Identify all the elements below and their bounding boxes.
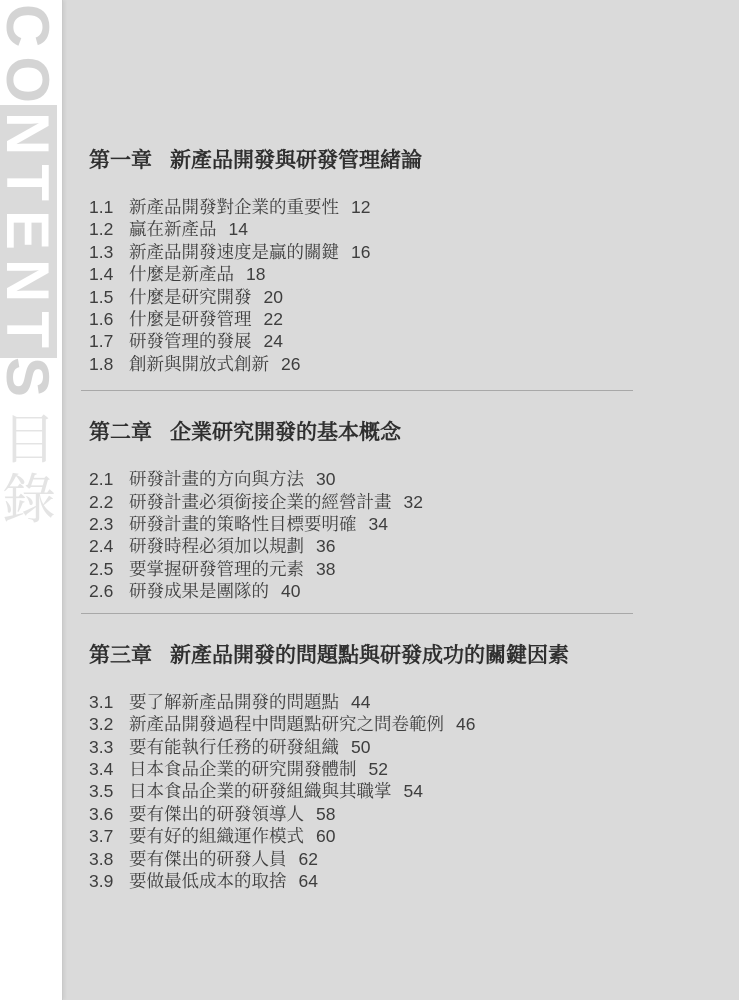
item-page: 64 — [299, 870, 318, 892]
item-title: 創新與開放式創新 — [129, 353, 269, 375]
item-number: 3.3 — [89, 736, 129, 758]
item-title: 研發計畫必須銜接企業的經營計畫 — [129, 491, 392, 513]
toc-item: 2.5要掌握研發管理的元素38 — [89, 558, 739, 580]
item-page: 26 — [281, 353, 300, 375]
item-number: 1.8 — [89, 353, 129, 375]
toc-item: 2.6研發成果是團隊的40 — [89, 580, 739, 602]
item-page: 62 — [299, 848, 318, 870]
item-title: 要做最低成本的取捨 — [129, 870, 287, 892]
item-title: 要有好的組織運作模式 — [129, 825, 304, 847]
item-title: 日本食品企業的研發組織與其職掌 — [129, 780, 392, 802]
item-page: 12 — [351, 196, 370, 218]
toc-content: 第一章 新產品開發與研發管理緒論 1.1新產品開發對企業的重要性12 1.2贏在… — [63, 0, 739, 1000]
item-page: 14 — [229, 218, 248, 240]
toc-item: 2.2研發計畫必須銜接企業的經營計畫32 — [89, 491, 739, 513]
contents-word: CONTENTS — [0, 4, 55, 105]
item-number: 3.4 — [89, 758, 129, 780]
item-page: 22 — [264, 308, 283, 330]
item-title: 贏在新產品 — [129, 218, 217, 240]
item-number: 3.5 — [89, 780, 129, 802]
item-number: 1.4 — [89, 263, 129, 285]
section-divider — [81, 390, 633, 391]
item-title: 新產品開發過程中問題點研究之問卷範例 — [129, 713, 444, 735]
item-page: 38 — [316, 558, 335, 580]
toc-item: 2.3研發計畫的策略性目標要明確34 — [89, 513, 739, 535]
item-page: 34 — [369, 513, 388, 535]
item-number: 2.5 — [89, 558, 129, 580]
item-page: 18 — [246, 263, 265, 285]
chapter-title: 新產品開發與研發管理緒論 — [170, 146, 422, 176]
mulu-title: 目 錄 — [0, 410, 58, 530]
toc-item: 2.4研發時程必須加以規劃36 — [89, 535, 739, 557]
chapter-heading-2: 第二章 企業研究開發的基本概念 — [89, 418, 739, 448]
item-page: 24 — [264, 330, 283, 352]
chapter-number: 第一章 — [89, 146, 152, 176]
toc-item: 3.9要做最低成本的取捨64 — [89, 870, 739, 892]
sidebar: CONTENTS CONTENTS CONTENTS 目 錄 — [0, 0, 63, 1000]
item-page: 60 — [316, 825, 335, 847]
item-title: 什麼是研發管理 — [129, 308, 252, 330]
chapter-3-items: 3.1要了解新產品開發的問題點44 3.2新產品開發過程中問題點研究之問卷範例4… — [89, 691, 739, 893]
toc-item: 1.7研發管理的發展24 — [89, 330, 739, 352]
contents-word: CONTENTS — [0, 105, 55, 358]
toc-item: 3.1要了解新產品開發的問題點44 — [89, 691, 739, 713]
item-number: 3.8 — [89, 848, 129, 870]
toc-item: 2.1研發計畫的方向與方法30 — [89, 468, 739, 490]
item-number: 3.1 — [89, 691, 129, 713]
item-title: 研發計畫的方向與方法 — [129, 468, 304, 490]
section-divider — [81, 613, 633, 614]
toc-item: 3.5日本食品企業的研發組織與其職掌54 — [89, 780, 739, 802]
toc-item: 3.7要有好的組織運作模式60 — [89, 825, 739, 847]
item-page: 46 — [456, 713, 475, 735]
item-number: 2.1 — [89, 468, 129, 490]
item-page: 20 — [264, 286, 283, 308]
item-number: 3.7 — [89, 825, 129, 847]
item-number: 1.7 — [89, 330, 129, 352]
item-title: 新產品開發對企業的重要性 — [129, 196, 339, 218]
item-title: 什麼是新產品 — [129, 263, 234, 285]
item-number: 2.3 — [89, 513, 129, 535]
item-page: 40 — [281, 580, 300, 602]
item-number: 1.6 — [89, 308, 129, 330]
item-number: 1.2 — [89, 218, 129, 240]
item-number: 2.6 — [89, 580, 129, 602]
toc-item: 1.4什麼是新產品18 — [89, 263, 739, 285]
item-page: 30 — [316, 468, 335, 490]
item-number: 1.1 — [89, 196, 129, 218]
item-page: 32 — [404, 491, 423, 513]
item-number: 1.5 — [89, 286, 129, 308]
item-title: 研發時程必須加以規劃 — [129, 535, 304, 557]
chapter-heading-3: 第三章 新產品開發的問題點與研發成功的關鍵因素 — [89, 641, 739, 671]
item-title: 要有能執行任務的研發組織 — [129, 736, 339, 758]
item-page: 54 — [404, 780, 423, 802]
item-title: 研發計畫的策略性目標要明確 — [129, 513, 357, 535]
item-title: 要有傑出的研發領導人 — [129, 803, 304, 825]
item-title: 要有傑出的研發人員 — [129, 848, 287, 870]
item-page: 16 — [351, 241, 370, 263]
item-number: 2.2 — [89, 491, 129, 513]
chapter-number: 第二章 — [89, 418, 152, 448]
item-title: 研發成果是團隊的 — [129, 580, 269, 602]
chapter-heading-1: 第一章 新產品開發與研發管理緒論 — [89, 146, 739, 176]
toc-item: 3.4日本食品企業的研究開發體制52 — [89, 758, 739, 780]
item-title: 日本食品企業的研究開發體制 — [129, 758, 357, 780]
item-title: 要掌握研發管理的元素 — [129, 558, 304, 580]
item-title: 新產品開發速度是贏的關鍵 — [129, 241, 339, 263]
toc-page: CONTENTS CONTENTS CONTENTS 目 錄 第一章 新產品開發… — [0, 0, 739, 1000]
chapter-1-items: 1.1新產品開發對企業的重要性12 1.2贏在新產品14 1.3新產品開發速度是… — [89, 196, 739, 375]
toc-item: 1.2贏在新產品14 — [89, 218, 739, 240]
toc-item: 1.8創新與開放式創新26 — [89, 353, 739, 375]
item-page: 50 — [351, 736, 370, 758]
mulu-char-lu: 錄 — [0, 470, 58, 530]
item-page: 44 — [351, 691, 370, 713]
item-number: 2.4 — [89, 535, 129, 557]
contents-word: CONTENTS — [0, 358, 55, 406]
mulu-char-mu: 目 — [0, 410, 58, 470]
contents-vertical-word-top: CONTENTS — [0, 0, 62, 105]
toc-item: 1.1新產品開發對企業的重要性12 — [89, 196, 739, 218]
item-title: 要了解新產品開發的問題點 — [129, 691, 339, 713]
toc-item: 1.6什麼是研發管理22 — [89, 308, 739, 330]
chapter-title: 新產品開發的問題點與研發成功的關鍵因素 — [170, 641, 569, 671]
toc-item: 1.3新產品開發速度是贏的關鍵16 — [89, 241, 739, 263]
toc-item: 3.3要有能執行任務的研發組織50 — [89, 736, 739, 758]
contents-vertical-word-middle: CONTENTS — [0, 105, 62, 358]
item-title: 研發管理的發展 — [129, 330, 252, 352]
item-number: 3.6 — [89, 803, 129, 825]
item-number: 3.9 — [89, 870, 129, 892]
item-number: 1.3 — [89, 241, 129, 263]
toc-item: 3.6要有傑出的研發領導人58 — [89, 803, 739, 825]
toc-item: 3.8要有傑出的研發人員62 — [89, 848, 739, 870]
toc-item: 1.5什麼是研究開發20 — [89, 286, 739, 308]
item-page: 52 — [369, 758, 388, 780]
chapter-title: 企業研究開發的基本概念 — [170, 418, 401, 448]
item-page: 58 — [316, 803, 335, 825]
item-title: 什麼是研究開發 — [129, 286, 252, 308]
chapter-2-items: 2.1研發計畫的方向與方法30 2.2研發計畫必須銜接企業的經營計畫32 2.3… — [89, 468, 739, 602]
chapter-number: 第三章 — [89, 641, 152, 671]
toc-item: 3.2新產品開發過程中問題點研究之問卷範例46 — [89, 713, 739, 735]
item-number: 3.2 — [89, 713, 129, 735]
item-page: 36 — [316, 535, 335, 557]
